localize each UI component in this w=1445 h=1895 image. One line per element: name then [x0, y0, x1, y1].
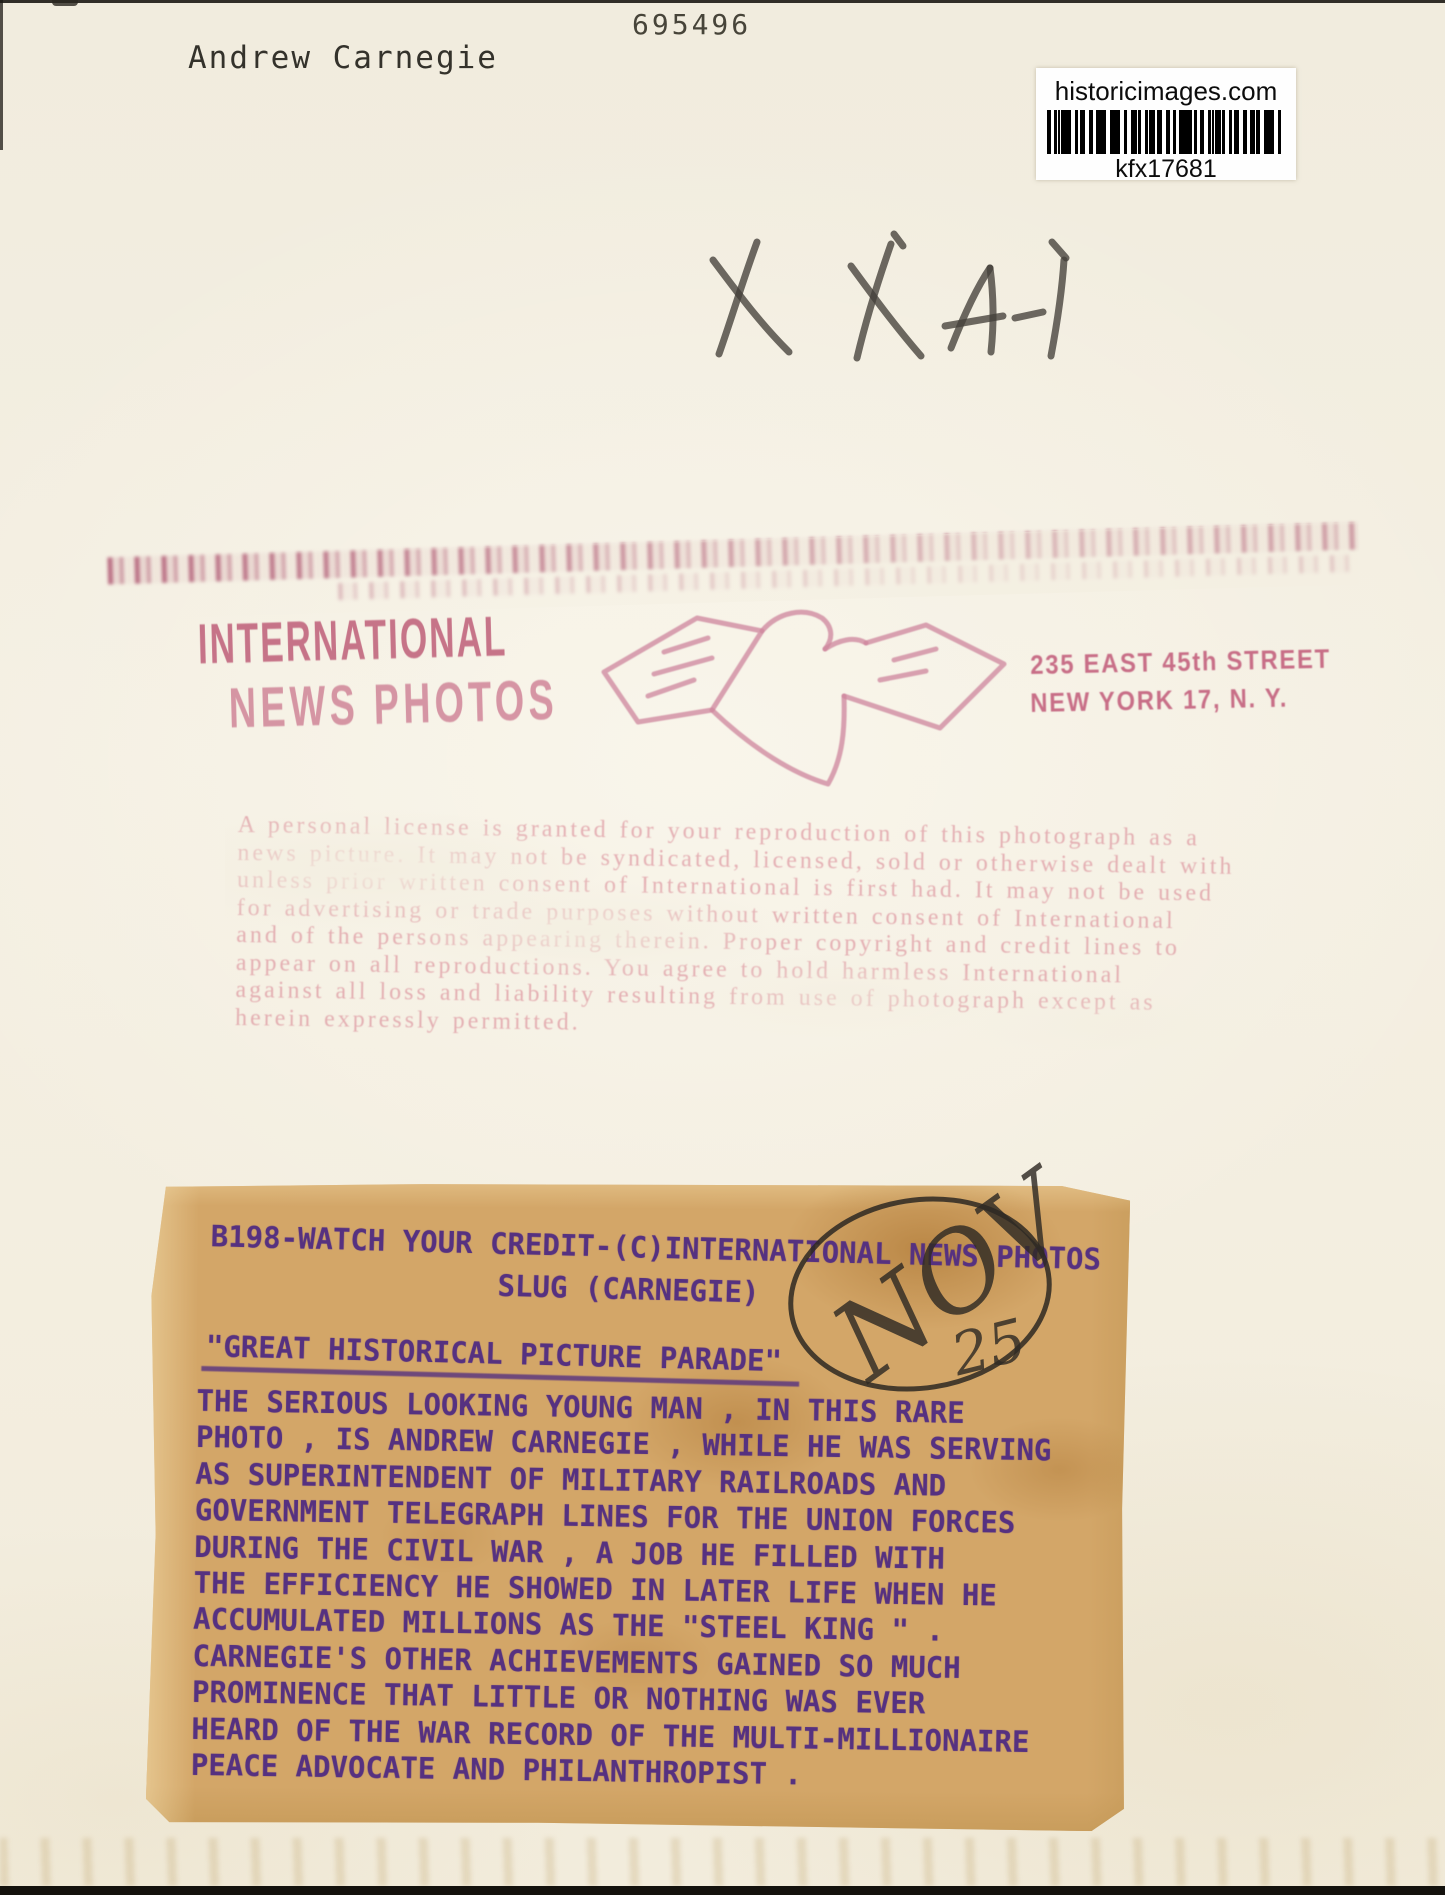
agency-stamp-address-line2: NEW YORK 17, N. Y. — [1030, 683, 1289, 719]
slug-line: SLUG (CARNEGIE) — [497, 1269, 760, 1310]
caption-body: THE SERIOUS LOOKING YOUNG MAN , IN THIS … — [191, 1384, 1053, 1798]
scan-edge-top — [0, 0, 1445, 3]
agency-stamp-address-line1: 235 EAST 45th STREET — [1030, 644, 1331, 681]
circled-date-stamp: NOV 25 — [775, 1182, 1085, 1422]
retailer-website: historicimages.com — [1036, 76, 1296, 107]
subject-title: Andrew Carnegie — [188, 40, 498, 76]
barcode-text: kfx17681 — [1036, 155, 1296, 184]
photo-number: 695496 — [632, 8, 751, 41]
agency-stamp-name-line2: NEWS PHOTOS — [228, 667, 559, 741]
handwritten-code — [695, 228, 1095, 368]
scan-edge-mark — [52, 0, 78, 6]
photo-verso-scan: 695496 Andrew Carnegie historicimages.co… — [0, 0, 1445, 1895]
scan-edge-bottom — [0, 1886, 1445, 1895]
scan-edge-left — [0, 0, 3, 150]
retailer-label: historicimages.com kfx17681 — [1036, 68, 1296, 180]
license-notice: A personal license is granted for your r… — [235, 812, 1346, 1047]
scan-edge-stain — [0, 1838, 1445, 1886]
series-title: "GREAT HISTORICAL PICTURE PARADE" — [205, 1329, 782, 1378]
agency-stamp-name-line1: INTERNATIONAL — [197, 604, 508, 677]
eagle-logo-icon — [592, 598, 1022, 803]
barcode — [1047, 110, 1285, 154]
